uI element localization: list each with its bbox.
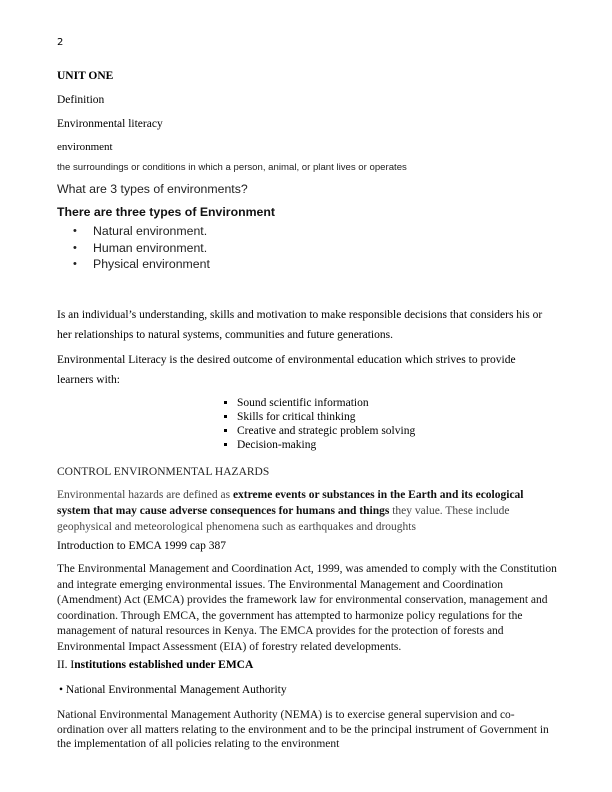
- list-item: Physical environment: [73, 256, 210, 273]
- hazards-heading: CONTROL ENVIRONMENTAL HAZARDS: [57, 466, 269, 478]
- list-item: Skills for critical thinking: [230, 410, 415, 424]
- institutions-prefix: II. I: [57, 659, 74, 671]
- page-number: 2: [57, 37, 63, 48]
- list-item: Sound scientific information: [230, 396, 415, 410]
- literacy-definition-paragraph: Is an individual’s understanding, skills…: [57, 305, 557, 345]
- nema-paragraph: National Environmental Management Author…: [57, 708, 557, 752]
- environment-label: environment: [57, 141, 113, 153]
- institution-item: • National Environmental Management Auth…: [59, 684, 287, 696]
- emca-paragraph: The Environmental Management and Coordin…: [57, 562, 557, 655]
- types-heading: There are three types of Environment: [57, 205, 275, 219]
- list-item: Natural environment.: [73, 223, 210, 240]
- list-item: Creative and strategic problem solving: [230, 424, 415, 438]
- unit-heading: UNIT ONE: [57, 70, 113, 82]
- hazards-lead: Environmental hazards are defined as: [57, 489, 233, 501]
- learner-outcomes-list: Sound scientific information Skills for …: [230, 396, 415, 452]
- institutions-bold: nstitutions established under EMCA: [74, 659, 253, 671]
- emca-intro-heading: Introduction to EMCA 1999 cap 387: [57, 540, 226, 552]
- list-item: Decision-making: [230, 438, 415, 452]
- institutions-heading: II. Institutions established under EMCA: [57, 659, 253, 671]
- environment-types-list: Natural environment. Human environment. …: [73, 223, 210, 273]
- environmental-literacy-label: Environmental literacy: [57, 118, 163, 130]
- literacy-outcome-paragraph: Environmental Literacy is the desired ou…: [57, 350, 547, 390]
- hazards-paragraph: Environmental hazards are defined as ext…: [57, 487, 557, 535]
- definition-label: Definition: [57, 94, 104, 106]
- list-item: Human environment.: [73, 240, 210, 257]
- environment-definition: the surroundings or conditions in which …: [57, 162, 407, 173]
- types-question: What are 3 types of environments?: [57, 182, 248, 196]
